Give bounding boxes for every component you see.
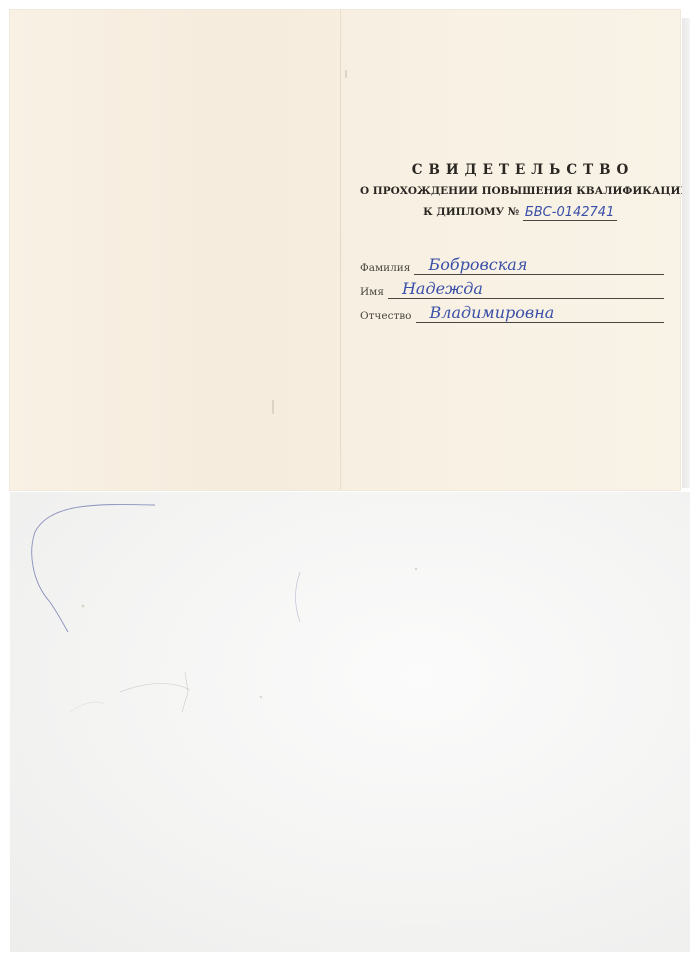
stray-marks (10, 492, 690, 952)
certificate-text: СВИДЕТЕЛЬСТВО О ПРОХОЖДЕНИИ ПОВЫШЕНИЯ КВ… (360, 160, 680, 323)
field-first-name-label: Имя (360, 285, 388, 299)
blank-back-sheet (10, 492, 690, 952)
field-patronymic-label: Отчество (360, 309, 416, 323)
diploma-number-label: К ДИПЛОМУ № (423, 203, 519, 221)
certificate-title: СВИДЕТЕЛЬСТВО (366, 160, 680, 180)
diploma-number-value: БВС-0142741 (523, 205, 617, 221)
diploma-number-row: К ДИПЛОМУ № БВС-0142741 (360, 203, 680, 221)
certificate-subtitle: О ПРОХОЖДЕНИИ ПОВЫШЕНИЯ КВАЛИФИКАЦИИ (360, 183, 680, 199)
certificate-card: СВИДЕТЕЛЬСТВО О ПРОХОЖДЕНИИ ПОВЫШЕНИЯ КВ… (10, 10, 680, 490)
field-first-name-value: Надежда (388, 280, 664, 299)
paper-mark (272, 400, 274, 414)
field-surname-label: Фамилия (360, 261, 414, 275)
field-patronymic-value: Владимировна (416, 304, 665, 323)
fold-line (340, 10, 341, 490)
field-surname: Фамилия Бобровская (360, 251, 680, 275)
personal-fields: Фамилия Бобровская Имя Надежда Отчество … (360, 251, 680, 323)
field-patronymic: Отчество Владимировна (360, 299, 680, 323)
field-first-name: Имя Надежда (360, 275, 680, 299)
paper-mark (345, 70, 347, 78)
field-surname-value: Бобровская (414, 256, 664, 275)
